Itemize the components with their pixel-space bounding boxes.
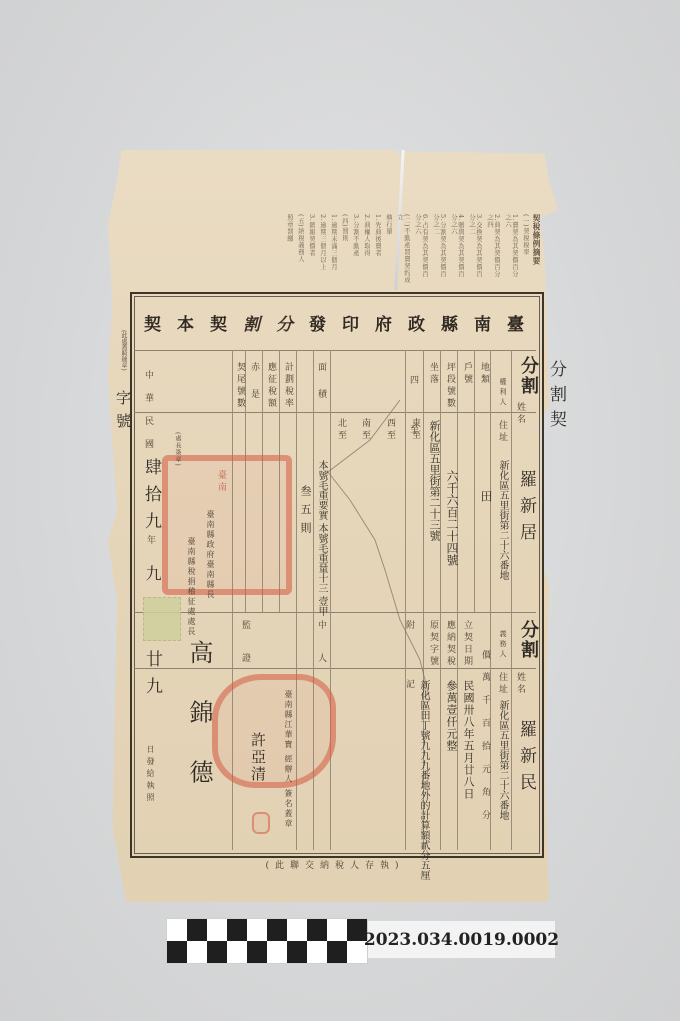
location-value: 新化區五里街第二十三號 bbox=[426, 420, 442, 541]
unit: 角 bbox=[480, 787, 490, 810]
instruction-line: 5.分割契為其契價百分之二 bbox=[432, 214, 446, 284]
title-char: 府 bbox=[375, 310, 394, 335]
title-char-handwritten: 割 bbox=[243, 310, 262, 335]
instruction-line: (五)納稅義務人 bbox=[297, 214, 304, 284]
scale-cell bbox=[327, 919, 347, 941]
grid-line bbox=[330, 350, 331, 850]
left-margin-handwriting: 字號 bbox=[113, 390, 134, 436]
scale-cell bbox=[227, 941, 247, 963]
year-value: 肆拾九 bbox=[139, 458, 164, 539]
instruction-line: 2.典契為其契價百分之四 bbox=[486, 214, 500, 284]
unit: 百 bbox=[480, 718, 490, 741]
south-label: 南至 bbox=[360, 418, 370, 442]
title-char-handwritten: 分 bbox=[276, 310, 295, 335]
unit: 千 bbox=[480, 695, 490, 718]
instruction-line: 4.贈與契為其契價百分之六 bbox=[450, 214, 464, 284]
scale-cell bbox=[247, 919, 267, 941]
revenue-stamp bbox=[143, 597, 181, 641]
instruction-line: (四)罰則 bbox=[341, 214, 348, 284]
tax-rate-label: 計劃稅率 bbox=[283, 362, 293, 410]
instruction-line: 執行單 bbox=[385, 214, 392, 284]
tax-bureau-label: 臺南縣稅捐稽征處處長 bbox=[186, 537, 196, 637]
title-char: 契 bbox=[144, 310, 163, 335]
scale-cell bbox=[207, 941, 227, 963]
west-label: 西至 bbox=[385, 418, 395, 442]
title-char: 本 bbox=[177, 310, 196, 335]
party-b-address: 新化區五里街第二十六番地 bbox=[495, 700, 510, 820]
title-char: 契 bbox=[210, 310, 229, 335]
color-scale-bar bbox=[166, 918, 368, 964]
north-label: 北至 bbox=[336, 418, 346, 442]
government-label: 臺南縣政府臺南縣長 bbox=[205, 510, 215, 600]
grid-line bbox=[405, 350, 406, 850]
instruction-line: 2.逾期三個月以上 bbox=[319, 214, 326, 284]
scale-cell bbox=[167, 919, 187, 941]
party-a-role-label: 權利人 bbox=[498, 378, 508, 408]
land-category-label: 地類 bbox=[479, 362, 489, 386]
instruction-line: 1.賣契為其契價百分之六 bbox=[504, 214, 518, 284]
contract-title: 臺 南 縣 政 府 印 發 分 割 契 本 契 bbox=[130, 305, 540, 339]
party-b-name: 羅 新 民 bbox=[514, 720, 539, 792]
unit: 拾 bbox=[480, 741, 490, 764]
issuer-note: (處長簽章) bbox=[172, 432, 182, 467]
date-prefix: 中華民國 bbox=[143, 370, 153, 462]
seal-caption: 臺南縣江華寶 經辦人 簽名蓋章 bbox=[283, 690, 293, 829]
instruction-line: (一)契稅稅率 bbox=[522, 214, 529, 284]
parcel-value: 六千六百二十四號 bbox=[444, 470, 461, 566]
instruction-line: 3.交換契為其契價百分之二 bbox=[468, 214, 482, 284]
scale-cell bbox=[267, 919, 287, 941]
day-label: 日發給執照 bbox=[145, 745, 155, 805]
name-label-b: 姓名 bbox=[515, 672, 525, 696]
scale-cell bbox=[287, 941, 307, 963]
title-char: 印 bbox=[342, 310, 361, 335]
title-char: 發 bbox=[309, 310, 328, 335]
party-a-name: 羅 新 居 bbox=[514, 470, 539, 542]
title-char: 縣 bbox=[441, 310, 460, 335]
tax-paid-label: 應納契稅 bbox=[445, 620, 455, 668]
party-b-type: 分割 bbox=[515, 620, 541, 660]
name-label: 姓名 bbox=[515, 402, 525, 426]
unit: 分 bbox=[480, 810, 490, 833]
grid-line bbox=[134, 350, 536, 351]
left-margin-note: (此處蓋騎縫章) bbox=[118, 330, 128, 371]
scale-cell bbox=[187, 941, 207, 963]
land-category-value: 田 bbox=[478, 490, 495, 504]
scale-cell bbox=[207, 919, 227, 941]
receipt-count-label: 契尾號數 bbox=[235, 362, 245, 410]
original-contract-label: 原契字號 bbox=[428, 620, 438, 668]
seal-text: 臺南 bbox=[215, 470, 228, 494]
handler-seal bbox=[212, 674, 336, 788]
scale-cell bbox=[227, 919, 247, 941]
month-value: 九 bbox=[141, 565, 164, 583]
scale-cell bbox=[247, 941, 267, 963]
instruction-line: 照章罰繳 bbox=[286, 214, 293, 284]
title-char: 臺 bbox=[507, 310, 526, 335]
footer-note: (此聯交納稅人存執) bbox=[130, 858, 540, 871]
tax-period-label: 赤是 bbox=[249, 362, 259, 416]
location-label: 坐落 bbox=[428, 362, 438, 386]
day-value: 廿九 bbox=[140, 650, 165, 704]
instructions-heading: 契稅條例摘要 bbox=[533, 214, 540, 284]
right-margin-handwriting: 分割契 bbox=[544, 360, 569, 435]
price-label: 價 bbox=[480, 650, 490, 662]
east-label: 東至 bbox=[410, 418, 420, 442]
instruction-line: 6.占有契為其契價百分之六 bbox=[414, 214, 428, 284]
grid-line bbox=[511, 350, 512, 850]
address-label-b: 住址 bbox=[497, 672, 507, 696]
unit: 元 bbox=[480, 764, 490, 787]
scale-cell bbox=[327, 941, 347, 963]
date-established-label: 立契日期 bbox=[462, 620, 472, 668]
remarks-label: 附記 bbox=[404, 620, 414, 738]
instruction-line: 3.匿報契價者 bbox=[308, 214, 315, 284]
year-label: 年 bbox=[145, 535, 155, 547]
scale-cell bbox=[187, 919, 207, 941]
mediator-label: 中人 bbox=[316, 620, 326, 686]
instruction-line: 2.典權人取得 bbox=[363, 214, 370, 284]
date-established-value: 民國卅八年五月廿八日 bbox=[460, 680, 476, 800]
instruction-line: 1.先典後賣者 bbox=[374, 214, 381, 284]
handler-signature: 許亞清 bbox=[248, 732, 269, 783]
instruction-line: 3.分割不動產 bbox=[352, 214, 359, 284]
title-char: 政 bbox=[408, 310, 427, 335]
scale-cell bbox=[167, 941, 187, 963]
scale-cell bbox=[307, 919, 327, 941]
instruction-line: (二)不動產買賣契約成立 bbox=[396, 214, 410, 284]
parcel-no-label: 坪段號數 bbox=[445, 362, 455, 410]
small-seal bbox=[252, 812, 270, 834]
tax-amount-label: 應征稅額 bbox=[266, 362, 276, 410]
scale-cell bbox=[287, 919, 307, 941]
accession-number-label: 2023.034.0019.0002 bbox=[368, 921, 555, 958]
area-label: 面積 bbox=[316, 362, 326, 416]
title-char: 南 bbox=[474, 310, 493, 335]
tax-instructions: 契稅條例摘要 (一)契稅稅率 1.賣契為其契價百分之六 2.典契為其契價百分之四… bbox=[160, 214, 540, 284]
party-b-role-label: 義務人 bbox=[498, 630, 508, 660]
party-a-address: 新化區五里街第二十六番地 bbox=[495, 460, 510, 580]
price-units: 萬千百拾元角分 bbox=[480, 672, 490, 833]
party-a-type: 分割 bbox=[515, 356, 541, 396]
grid-line bbox=[134, 412, 536, 413]
tax-paid-value: 參萬壹仟元整 bbox=[443, 680, 459, 752]
grid-line bbox=[474, 350, 475, 612]
area-value: 叁 五 則 bbox=[297, 485, 313, 535]
instruction-line: 1.逾期未滿三個月 bbox=[330, 214, 337, 284]
scale-cell bbox=[267, 941, 287, 963]
scale-cell bbox=[307, 941, 327, 963]
boundary-note: 本號毛重要實 本號毛重量十三 壹甲 bbox=[314, 460, 329, 616]
unit: 萬 bbox=[480, 672, 490, 695]
grid-line bbox=[457, 350, 458, 850]
household-no-label: 戶號 bbox=[462, 362, 472, 386]
grid-line bbox=[490, 350, 491, 850]
remarks-value: 新化區田丁號九九九番地外的計算額貳分五厘 bbox=[416, 680, 431, 880]
address-label: 住址 bbox=[497, 420, 507, 444]
